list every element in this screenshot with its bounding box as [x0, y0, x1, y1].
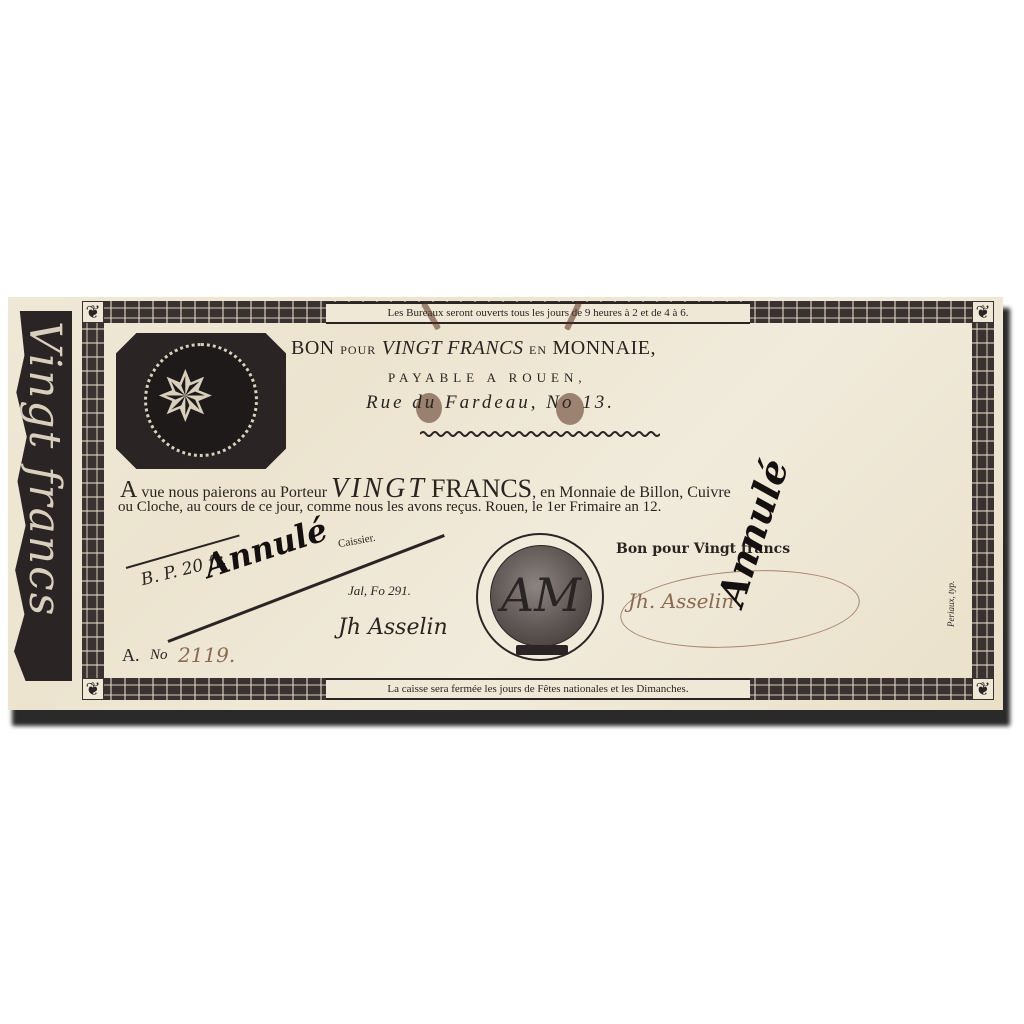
wavy-rule	[420, 430, 660, 438]
seal-medallion: AM	[490, 545, 592, 647]
serial-series: A.	[122, 645, 140, 666]
counterfoil-stub: Vingt francs	[14, 311, 72, 681]
stub-script-text: Vingt francs	[19, 321, 70, 681]
fleuron-icon: ❦	[82, 678, 104, 700]
border-left	[82, 301, 104, 700]
signature-asselin: Jh Asselin	[338, 615, 448, 640]
allegory-vignette: ✵	[116, 333, 286, 469]
banknote: Vingt francs ❦ ❦ ❦ ❦ Les Bureaux seront …	[8, 297, 1003, 710]
heading-bon: BON	[291, 337, 335, 359]
promise-line-2: ou Cloche, au cours de ce jour, comme no…	[118, 499, 661, 516]
heading-en: EN	[529, 343, 547, 357]
heading-address: Rue du Fardeau, No 13.	[366, 392, 615, 414]
cashier-label: Caissier.	[337, 532, 376, 550]
winged-figure-icon: ✵	[156, 347, 215, 447]
fleuron-icon: ❦	[82, 301, 104, 323]
seal-tab	[516, 645, 568, 655]
dry-seal: AM	[476, 533, 604, 661]
cancel-stamp-left: Annulé	[199, 510, 332, 585]
heading-monnaie: MONNAIE,	[553, 337, 656, 359]
office-hours-text: Les Bureaux seront ouverts tous les jour…	[326, 302, 750, 324]
serial-no-label: No	[150, 647, 168, 664]
heading-pour: POUR	[340, 343, 376, 357]
printer-imprint: Periaux, typ.	[946, 581, 956, 627]
serial-number: 2119.	[178, 643, 235, 667]
heading-line-1: BON POUR VINGT FRANCS EN MONNAIE,	[291, 337, 656, 360]
seal-monogram: AM	[491, 568, 591, 622]
fleuron-icon: ❦	[972, 301, 994, 323]
closure-notice-text: La caisse sera fermée les jours de Fêtes…	[326, 678, 750, 700]
heading-amount: VINGT FRANCS	[382, 337, 524, 359]
heading-payable: PAYABLE A ROUEN,	[388, 370, 587, 386]
fleuron-icon: ❦	[972, 678, 994, 700]
folio-reference: Jal, Fo 291.	[348, 583, 411, 599]
border-right	[972, 301, 994, 700]
